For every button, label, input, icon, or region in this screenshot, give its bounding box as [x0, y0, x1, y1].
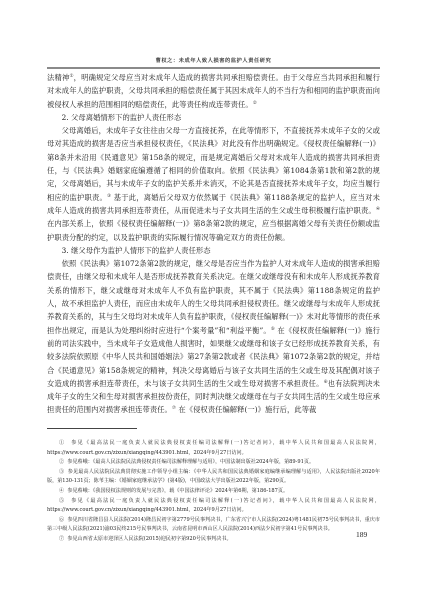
footnote: ⑥ 参见四川省隆昌县人民法院(2014)隆昌民初字第2779号民事判决书，广东省…	[47, 516, 380, 535]
body-text: 法精神①，明确规定父母应当对未成年人造成的损害共同承担赔偿责任。由于父母应当共同…	[47, 71, 380, 417]
section-subheading: 3. 继父母作为监护人情形下的监护人责任形态	[47, 244, 380, 257]
footnote: ② 参见蔡峨：《最高人民法院民法典侵权责任编司法解释理解与适用》，中国法制出版社…	[47, 458, 380, 468]
header-rule	[47, 67, 380, 69]
footnotes: ① 参见《最高法民一庭负责人就民法典侵权责任编司法解释(一)答记者问》，载中华人…	[47, 439, 380, 545]
footnote: ③ 参见最高人民法院民法典贯彻实施工作领导小组主编：《中华人民共和国民法典婚姻家…	[47, 468, 380, 487]
paragraph: 依照《民法典》第1072条第2款的规定，继父母是否应当作为监护人对未成年人造成的…	[47, 257, 380, 417]
footnote-ref[interactable]: ④	[376, 207, 380, 212]
section-subheading: 2. 父母离婚情形下的监护人责任形态	[47, 111, 380, 124]
footnote: ① 参见《最高法民一庭负责人就民法典侵权责任编司法解释(一)答记者问》，载中华人…	[47, 439, 380, 458]
footnote: ⑤ 参见《最高法民一庭负责人就民法典侵权责任编司法解释(一)答记者问》，载中华人…	[47, 497, 380, 516]
paragraph: 父母离婚后，未成年子女往往由父母一方直接抚养，在此等情形下，不直接抚养未成年子女…	[47, 124, 380, 244]
paragraph: 法精神①，明确规定父母应当对未成年人造成的损害共同承担赔偿责任。由于父母应当共同…	[47, 71, 380, 111]
footnote-ref[interactable]: ②	[253, 101, 257, 106]
page-number: 189	[356, 530, 367, 539]
footnote: ⑦ 参见山西省太原市迎泽区人民法院(2015)迎民初字第920号民事判决书。	[47, 535, 380, 545]
footnote-rule	[47, 428, 137, 429]
running-header: 曹权之：未成年人致人损害的监护人责任研究	[47, 57, 380, 64]
footnote: ④ 参见蔡峨：《我国侵权法规则的发展与完善》，载《中国法律评论》2024年第6期…	[47, 487, 380, 497]
